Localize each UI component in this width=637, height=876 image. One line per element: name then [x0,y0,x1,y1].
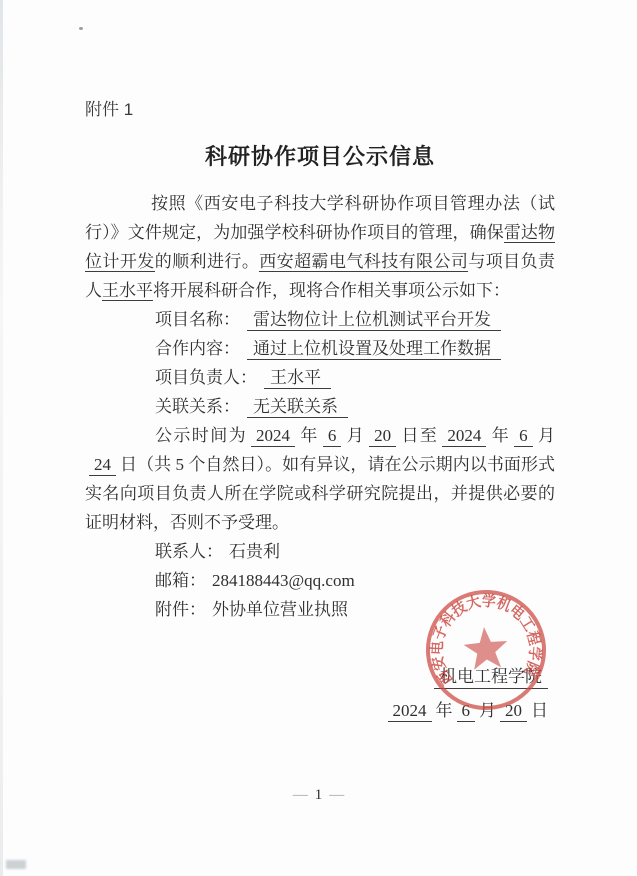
footer-dash-right: — [329,787,344,803]
year-char-2: 年 [490,426,510,445]
notice-text-2: 日至 [400,426,438,445]
end-year: 2024 [442,426,486,447]
contact-row-person: 联系人：石贵利 [85,537,555,566]
page-number: 1 [315,787,323,803]
start-year: 2024 [251,426,295,447]
end-day: 24 [89,455,116,476]
field-value: 通过上位机设置及处理工作数据 [247,339,501,360]
signature-day: 20 [500,701,527,722]
signature-year-char: 年 [436,701,453,720]
signature-block: 机电工程学院 2024年6月20日 [384,662,549,726]
document-title: 科研协作项目公示信息 [85,142,555,172]
month-char-2: 月 [537,426,555,445]
field-label: 合作内容： [155,339,240,358]
month-char: 月 [345,426,365,445]
contact-person-name: 石贵利 [229,542,280,561]
end-month: 6 [514,426,533,447]
field-label: 项目名称： [155,310,240,329]
intro-paragraph: 按照《西安电子科技大学科研协作项目管理办法（试行）》文件规定，为加强学校科研协作… [85,189,555,305]
contact-email: 284188443@qq.com [212,571,355,590]
start-month: 6 [323,426,342,447]
page-footer: —1— [0,787,637,804]
notice-paragraph: 公示时间为2024年6月20日至2024年6月24日（共 5 个自然日）。如有异… [85,421,555,537]
contact-label: 邮箱： [155,571,206,590]
notice-text-3: 日（共 5 个自然日）。如有异议，请在公示期内以书面形式实名向项目负责人所在学院… [85,455,555,532]
signature-day-char: 日 [531,701,548,720]
attachment-label: 附件 1 [85,99,555,121]
contact-row-email: 邮箱：284188443@qq.com [85,566,555,595]
field-value: 雷达物位计上位机测试平台开发 [247,310,501,331]
contact-label: 附件： [155,600,206,619]
page-edge-shadow [0,0,3,876]
document-body: 附件 1 科研协作项目公示信息 按照《西安电子科技大学科研协作项目管理办法（试行… [85,99,555,624]
contact-label: 联系人： [155,542,223,561]
signature-month-char: 月 [479,701,496,720]
signature-department-line: 机电工程学院 [384,662,549,692]
document-page: 附件 1 科研协作项目公示信息 按照《西安电子科技大学科研协作项目管理办法（试行… [0,0,637,876]
field-row-relationship: 关联关系：无关联关系 [85,392,555,421]
year-char: 年 [299,426,319,445]
project-leader-name: 王水平 [102,281,153,301]
scan-smudge [6,860,26,869]
contact-row-attachment: 附件：外协单位营业执照 [85,595,555,624]
field-value: 无关联关系 [247,397,348,418]
scan-speck [79,27,83,30]
signature-department: 机电工程学院 [434,667,548,689]
field-row-cooperation-content: 合作内容：通过上位机设置及处理工作数据 [85,334,555,363]
notice-text-1: 公示时间为 [155,426,247,445]
company-name: 西安超霸电气科技有限公司 [259,252,468,272]
signature-month: 6 [457,701,476,722]
field-label: 关联关系： [155,397,240,416]
signature-date-line: 2024年6月20日 [384,696,549,726]
intro-text-1: 按照《西安电子科技大学科研协作项目管理办法（试行）》文件规定，为加强学校科研协作… [85,194,555,242]
intro-text-4: 将开展科研合作，现将合作相关事项公示如下： [153,281,510,300]
field-value: 王水平 [264,368,331,389]
field-row-project-name: 项目名称：雷达物位计上位机测试平台开发 [85,305,555,334]
intro-text-2: 的顺利进行。 [155,252,260,271]
contact-attachment: 外协单位营业执照 [212,600,348,619]
signature-year: 2024 [388,701,432,722]
start-day: 20 [369,426,396,447]
footer-dash-left: — [293,787,308,803]
field-label: 项目负责人： [155,368,257,387]
field-row-project-leader: 项目负责人：王水平 [85,363,555,392]
